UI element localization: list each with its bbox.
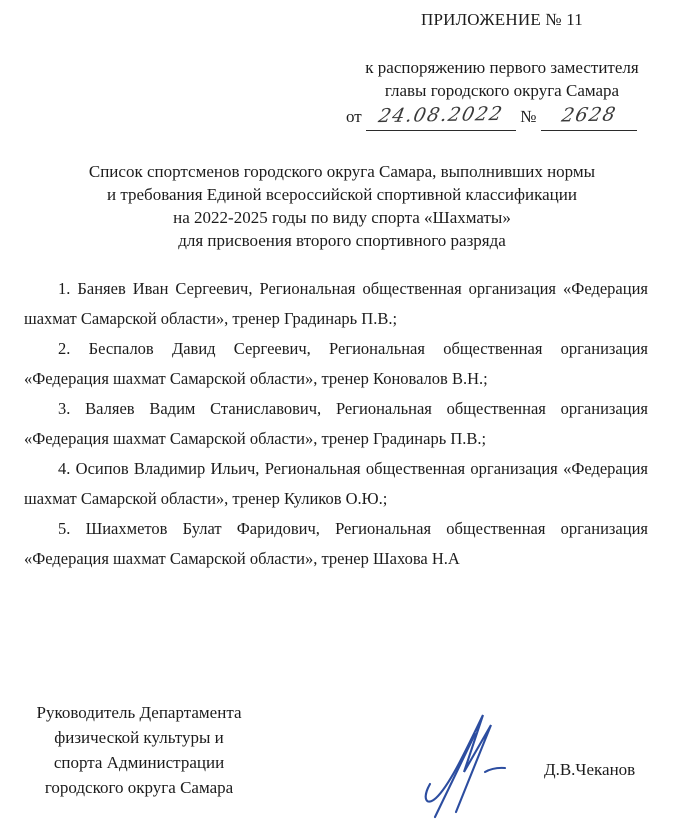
- athlete-paragraph: 1. Баняев Иван Сергеевич, Региональная о…: [24, 274, 648, 334]
- athletes-list: 1. Баняев Иван Сергеевич, Региональная о…: [24, 274, 648, 574]
- date-number-row: от 24.08.2022 № 2628: [344, 103, 660, 131]
- number-label: №: [520, 107, 536, 126]
- athlete-paragraph: 2. Беспалов Давид Сергеевич, Региональна…: [24, 334, 648, 394]
- number-underline: 2628: [541, 103, 637, 131]
- title-line-4: для присвоения второго спортивного разря…: [0, 229, 684, 252]
- header-line-2: главы городского округа Самара: [344, 79, 660, 102]
- signature-scribble: [406, 706, 518, 820]
- title-line-1: Список спортсменов городского округа Сам…: [0, 160, 684, 183]
- header-block: ПРИЛОЖЕНИЕ № 11 к распоряжению первого з…: [344, 8, 660, 131]
- date-underline: 24.08.2022: [366, 103, 516, 131]
- position-line-1: Руководитель Департамента: [22, 700, 256, 725]
- athlete-paragraph: 3. Валяев Вадим Станиславович, Региональ…: [24, 394, 648, 454]
- title-line-3: на 2022-2025 годы по виду спорта «Шахмат…: [0, 206, 684, 229]
- signer-position-block: Руководитель Департамента физической кул…: [22, 700, 256, 800]
- position-line-4: городского округа Самара: [22, 775, 256, 800]
- document-page: ПРИЛОЖЕНИЕ № 11 к распоряжению первого з…: [0, 0, 684, 832]
- document-title: Список спортсменов городского округа Сам…: [0, 160, 684, 252]
- athlete-paragraph: 4. Осипов Владимир Ильич, Региональная о…: [24, 454, 648, 514]
- from-label: от: [346, 107, 362, 126]
- date-handwritten: 24.08.2022: [376, 101, 505, 129]
- signer-name: Д.В.Чеканов: [544, 760, 635, 780]
- title-line-2: и требования Единой всероссийской спорти…: [0, 183, 684, 206]
- number-handwritten: 2628: [559, 102, 619, 129]
- position-line-2: физической культуры и: [22, 725, 256, 750]
- header-line-1: к распоряжению первого заместителя: [344, 56, 660, 79]
- position-line-3: спорта Администрации: [22, 750, 256, 775]
- athlete-paragraph: 5. Шиахметов Булат Фаридович, Региональн…: [24, 514, 648, 574]
- appendix-label: ПРИЛОЖЕНИЕ № 11: [344, 8, 660, 31]
